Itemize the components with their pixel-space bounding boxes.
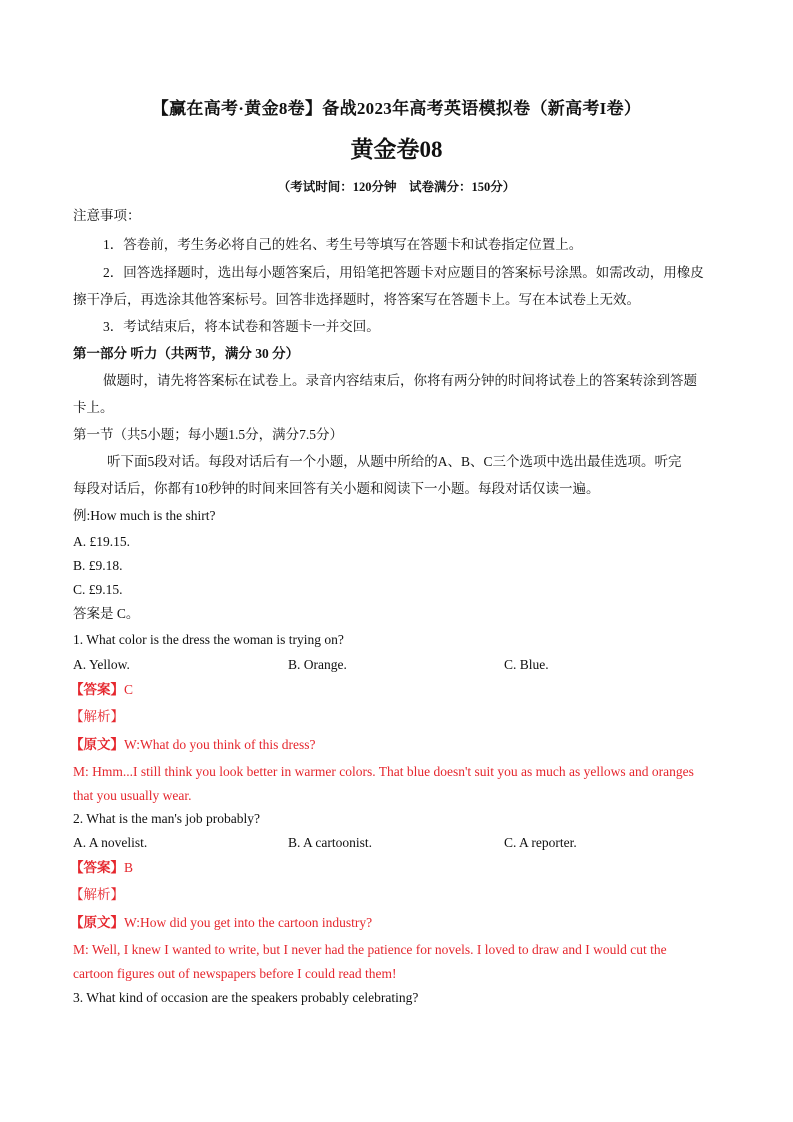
question-1-transcript: 【原文】W:What do you think of this dress? bbox=[70, 736, 315, 754]
notice-heading: 注意事项： bbox=[73, 207, 141, 225]
example-answer: 答案是 C。 bbox=[73, 605, 139, 623]
question-3: 3. What kind of occasion are the speaker… bbox=[73, 989, 418, 1007]
notice-item-2: 2．回答选择题时，选出每小题答案后，用铅笔把答题卡对应题目的答案标号涂黑。如需改… bbox=[103, 264, 704, 282]
question-2-transcript-line-2: M: Well, I knew I wanted to write, but I… bbox=[73, 941, 667, 959]
answer-value: B bbox=[124, 860, 133, 875]
question-2-option-b: B. A cartoonist. bbox=[288, 834, 372, 852]
question-1-transcript-line-3: that you usually wear. bbox=[73, 787, 191, 805]
question-2-transcript-line-3: cartoon figures out of newspapers before… bbox=[73, 965, 397, 983]
paper-subtitle: 黄金卷08 bbox=[0, 137, 793, 163]
answer-label: 【答案】 bbox=[70, 682, 124, 697]
question-2-option-c: C. A reporter. bbox=[504, 834, 577, 852]
transcript-line: W:What do you think of this dress? bbox=[124, 737, 315, 752]
part1-instructions-cont: 卡上。 bbox=[73, 399, 114, 417]
question-1-analysis: 【解析】 bbox=[70, 708, 124, 726]
question-1-option-b: B. Orange. bbox=[288, 656, 347, 674]
example-question: 例:How much is the shirt? bbox=[73, 507, 215, 525]
question-1-answer: 【答案】C bbox=[70, 681, 133, 699]
answer-label: 【答案】 bbox=[70, 860, 124, 875]
answer-value: C bbox=[124, 682, 133, 697]
question-2-transcript: 【原文】W:How did you get into the cartoon i… bbox=[70, 914, 372, 932]
question-1-option-c: C. Blue. bbox=[504, 656, 549, 674]
part1-heading: 第一部分 听力（共两节，满分 30 分） bbox=[73, 345, 299, 363]
document-title: 【赢在高考·黄金8卷】备战2023年高考英语模拟卷（新高考I卷） bbox=[0, 100, 793, 118]
exam-meta: （考试时间：120分钟 试卷满分：150分） bbox=[0, 178, 793, 196]
example-option-b: B. £9.18. bbox=[73, 557, 123, 575]
question-1: 1. What color is the dress the woman is … bbox=[73, 631, 344, 649]
question-2-option-a: A. A novelist. bbox=[73, 834, 147, 852]
section1-instructions: 听下面5段对话。每段对话后有一个小题，从题中所给的A、B、C三个选项中选出最佳选… bbox=[107, 453, 682, 471]
section1-instructions-cont: 每段对话后，你都有10秒钟的时间来回答有关小题和阅读下一小题。每段对话仅读一遍。 bbox=[73, 480, 600, 498]
transcript-label: 【原文】 bbox=[70, 737, 124, 752]
question-1-option-a: A. Yellow. bbox=[73, 656, 130, 674]
section1-heading: 第一节（共5小题；每小题1.5分，满分7.5分） bbox=[73, 426, 343, 444]
question-2-answer: 【答案】B bbox=[70, 859, 133, 877]
question-2: 2. What is the man's job probably? bbox=[73, 810, 260, 828]
question-2-analysis: 【解析】 bbox=[70, 886, 124, 904]
example-option-c: C. £9.15. bbox=[73, 581, 123, 599]
question-1-transcript-line-2: M: Hmm...I still think you look better i… bbox=[73, 763, 694, 781]
transcript-label: 【原文】 bbox=[70, 915, 124, 930]
document-page: 【赢在高考·黄金8卷】备战2023年高考英语模拟卷（新高考I卷） 黄金卷08 （… bbox=[0, 0, 793, 1122]
notice-item-1: 1．答卷前，考生务必将自己的姓名、考生号等填写在答题卡和试卷指定位置上。 bbox=[103, 236, 582, 254]
notice-item-2-cont: 擦干净后，再选涂其他答案标号。回答非选择题时，将答案写在答题卡上。写在本试卷上无… bbox=[73, 291, 640, 309]
transcript-line: W:How did you get into the cartoon indus… bbox=[124, 915, 372, 930]
part1-instructions: 做题时，请先将答案标在试卷上。录音内容结束后，你将有两分钟的时间将试卷上的答案转… bbox=[103, 372, 697, 390]
example-option-a: A. £19.15. bbox=[73, 533, 130, 551]
notice-item-3: 3．考试结束后，将本试卷和答题卡一并交回。 bbox=[103, 318, 380, 336]
